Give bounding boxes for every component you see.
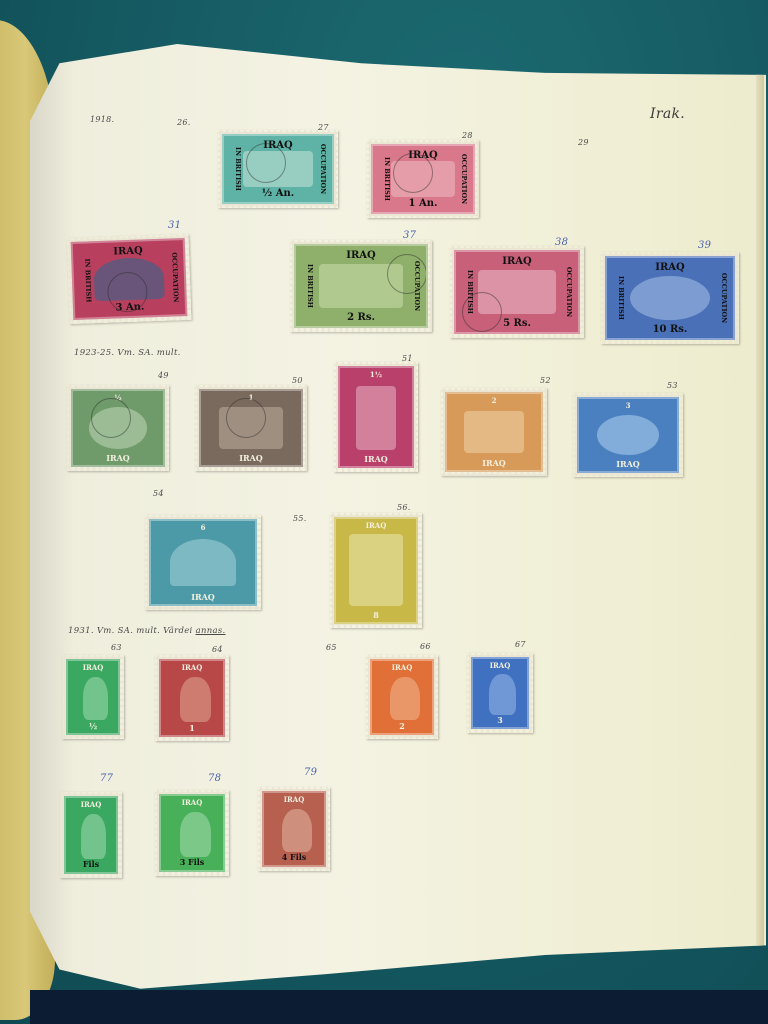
section-note-1923: 1923-25. Vm. SA. mult. bbox=[74, 348, 181, 358]
stamp-label: IRAQ bbox=[616, 459, 640, 469]
stamp-label: IRAQ bbox=[490, 661, 511, 670]
note-text: 1931. Vm. SA. mult. Värdei bbox=[68, 626, 193, 636]
stamp-63[interactable]: IRAQ ½ bbox=[62, 655, 124, 739]
slot-number: 39 bbox=[698, 240, 711, 251]
stamp-38[interactable]: IRAQ IN BRITISH OCCUPATION 5 Rs. bbox=[450, 246, 584, 338]
stamp-28[interactable]: IRAQ IN BRITISH OCCUPATION 1 An. bbox=[367, 140, 479, 218]
stamp-49[interactable]: ½ IRAQ bbox=[67, 385, 169, 471]
stamp-value: 5 Rs. bbox=[503, 318, 531, 329]
overprint-text: IRAQ bbox=[655, 262, 684, 273]
stamp-39[interactable]: IRAQ IN BRITISH OCCUPATION 10 Rs. bbox=[601, 252, 739, 344]
stamp-77[interactable]: IRAQ Fils bbox=[60, 792, 122, 878]
stamp-67[interactable]: IRAQ 3 bbox=[467, 653, 533, 733]
slot-number: 53 bbox=[667, 381, 678, 390]
note-underlined: annas. bbox=[196, 626, 226, 636]
slot-number: 55. bbox=[293, 514, 307, 523]
stamp-label: IRAQ bbox=[482, 458, 506, 468]
slot-number: 64 bbox=[212, 645, 223, 654]
slot-number: 29 bbox=[578, 138, 589, 147]
section-note-1918: 1918. bbox=[90, 115, 114, 124]
slot-number: 49 bbox=[158, 371, 169, 380]
stamp-value: 8 bbox=[373, 610, 379, 620]
stamp-value: 3 bbox=[626, 401, 631, 410]
stamp-value: 1 bbox=[189, 723, 195, 733]
stamp-label: IRAQ bbox=[366, 521, 387, 530]
slot-number: 66 bbox=[420, 642, 431, 651]
stamp-label: IRAQ bbox=[106, 453, 130, 463]
stamp-label: IRAQ bbox=[182, 798, 203, 807]
stamp-value: ½ bbox=[89, 721, 97, 731]
stamp-label: IRAQ bbox=[284, 795, 305, 804]
page-shadow bbox=[30, 990, 768, 1024]
slot-number: 28 bbox=[462, 131, 473, 140]
stamp-27[interactable]: IRAQ IN BRITISH OCCUPATION ½ An. bbox=[218, 130, 338, 208]
overprint-text: IN BRITISH bbox=[83, 258, 93, 302]
surcharge-text: Fils bbox=[83, 859, 99, 869]
stamp-value: 2 bbox=[399, 721, 405, 731]
stamp-37[interactable]: IRAQ IN BRITISH OCCUPATION 2 Rs. bbox=[290, 240, 432, 332]
overprint-text: IRAQ bbox=[346, 250, 375, 261]
slot-number: 79 bbox=[304, 767, 317, 778]
stamp-label: IRAQ bbox=[182, 663, 203, 672]
overprint-text: OCCUPATION bbox=[460, 154, 468, 204]
slot-number: 65 bbox=[326, 643, 337, 652]
slot-number: 67 bbox=[515, 640, 526, 649]
overprint-text: OCCUPATION bbox=[319, 144, 327, 194]
surcharge-text: 4 Fils bbox=[282, 852, 307, 862]
stamp-label: IRAQ bbox=[83, 663, 104, 672]
stamp-54[interactable]: 6 IRAQ bbox=[145, 515, 261, 610]
stamp-value: 1½ bbox=[370, 370, 382, 379]
overprint-text: IN BRITISH bbox=[617, 276, 625, 320]
slot-number: 77 bbox=[100, 773, 113, 784]
slot-number: 78 bbox=[208, 773, 221, 784]
slot-number: 52 bbox=[540, 376, 551, 385]
overprint-text: IN BRITISH bbox=[466, 270, 474, 314]
stamp-value: 1 An. bbox=[409, 198, 438, 209]
overprint-text: OCCUPATION bbox=[170, 252, 180, 303]
overprint-text: IRAQ bbox=[113, 246, 143, 258]
stamp-label: IRAQ bbox=[392, 663, 413, 672]
overprint-text: IN BRITISH bbox=[383, 157, 391, 201]
stamp-label: IRAQ bbox=[239, 453, 263, 463]
overprint-text: IN BRITISH bbox=[234, 147, 242, 191]
overprint-text: OCCUPATION bbox=[413, 261, 421, 311]
stamp-51[interactable]: 1½ IRAQ bbox=[334, 362, 418, 472]
stamp-53[interactable]: 3 IRAQ bbox=[573, 393, 683, 477]
stamp-78[interactable]: IRAQ 3 Fils bbox=[155, 790, 229, 876]
stamp-value: 3 bbox=[497, 715, 503, 725]
stamp-79[interactable]: IRAQ 4 Fils bbox=[258, 787, 330, 871]
slot-number: 56. bbox=[397, 503, 411, 512]
stamp-label: IRAQ bbox=[364, 454, 388, 464]
overprint-text: OCCUPATION bbox=[565, 267, 573, 317]
slot-number: 54 bbox=[153, 489, 164, 498]
slot-number: 26. bbox=[177, 118, 191, 127]
stamp-value: 10 Rs. bbox=[653, 324, 688, 335]
slot-number: 50 bbox=[292, 376, 303, 385]
slot-number: 31 bbox=[168, 220, 181, 231]
stamp-50[interactable]: 1 IRAQ bbox=[195, 385, 307, 471]
overprint-text: OCCUPATION bbox=[720, 273, 728, 323]
stamp-value: 2 Rs. bbox=[347, 312, 375, 323]
page-edge bbox=[756, 74, 764, 964]
stamp-56[interactable]: IRAQ 8 bbox=[330, 513, 422, 628]
stamp-value: 2 bbox=[492, 396, 497, 405]
country-heading: Irak. bbox=[650, 106, 685, 122]
overprint-text: IRAQ bbox=[502, 256, 531, 267]
stamp-52[interactable]: 2 IRAQ bbox=[441, 388, 547, 476]
stamp-label: IRAQ bbox=[191, 592, 215, 602]
stamp-value: ½ An. bbox=[262, 188, 294, 199]
overprint-text: IN BRITISH bbox=[306, 264, 314, 308]
stamp-label: IRAQ bbox=[81, 800, 102, 809]
stamp-66[interactable]: IRAQ 2 bbox=[366, 655, 438, 739]
section-note-1931: 1931. Vm. SA. mult. Värdei annas. bbox=[68, 626, 226, 636]
slot-number: 63 bbox=[111, 643, 122, 652]
stamp-31[interactable]: IRAQ IN BRITISH OCCUPATION 3 An. bbox=[67, 234, 192, 324]
stamp-value: 6 bbox=[201, 523, 206, 532]
surcharge-text: 3 Fils bbox=[180, 857, 205, 867]
stamp-64[interactable]: IRAQ 1 bbox=[155, 655, 229, 741]
